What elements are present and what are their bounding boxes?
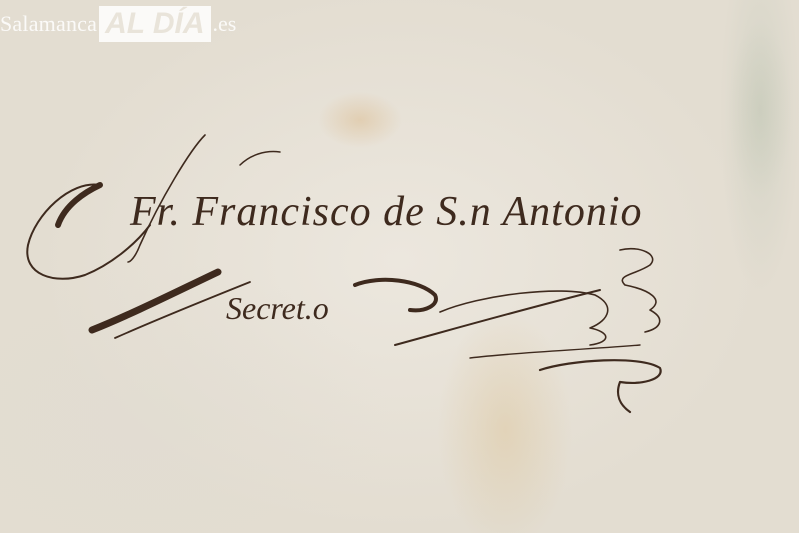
manuscript-photo: Fr. Francisco de S.n Antonio Secret.o Sa… <box>0 0 799 533</box>
secretary-title: Secret.o <box>226 290 329 327</box>
handwriting-strokes <box>0 0 799 533</box>
signature-line: Fr. Francisco de S.n Antonio <box>130 188 643 236</box>
watermark-brand: AL DÍA <box>99 6 210 42</box>
watermark-tld: .es <box>213 11 237 37</box>
watermark-city: Salamanca <box>0 11 97 37</box>
site-watermark: Salamanca AL DÍA .es <box>0 4 236 44</box>
